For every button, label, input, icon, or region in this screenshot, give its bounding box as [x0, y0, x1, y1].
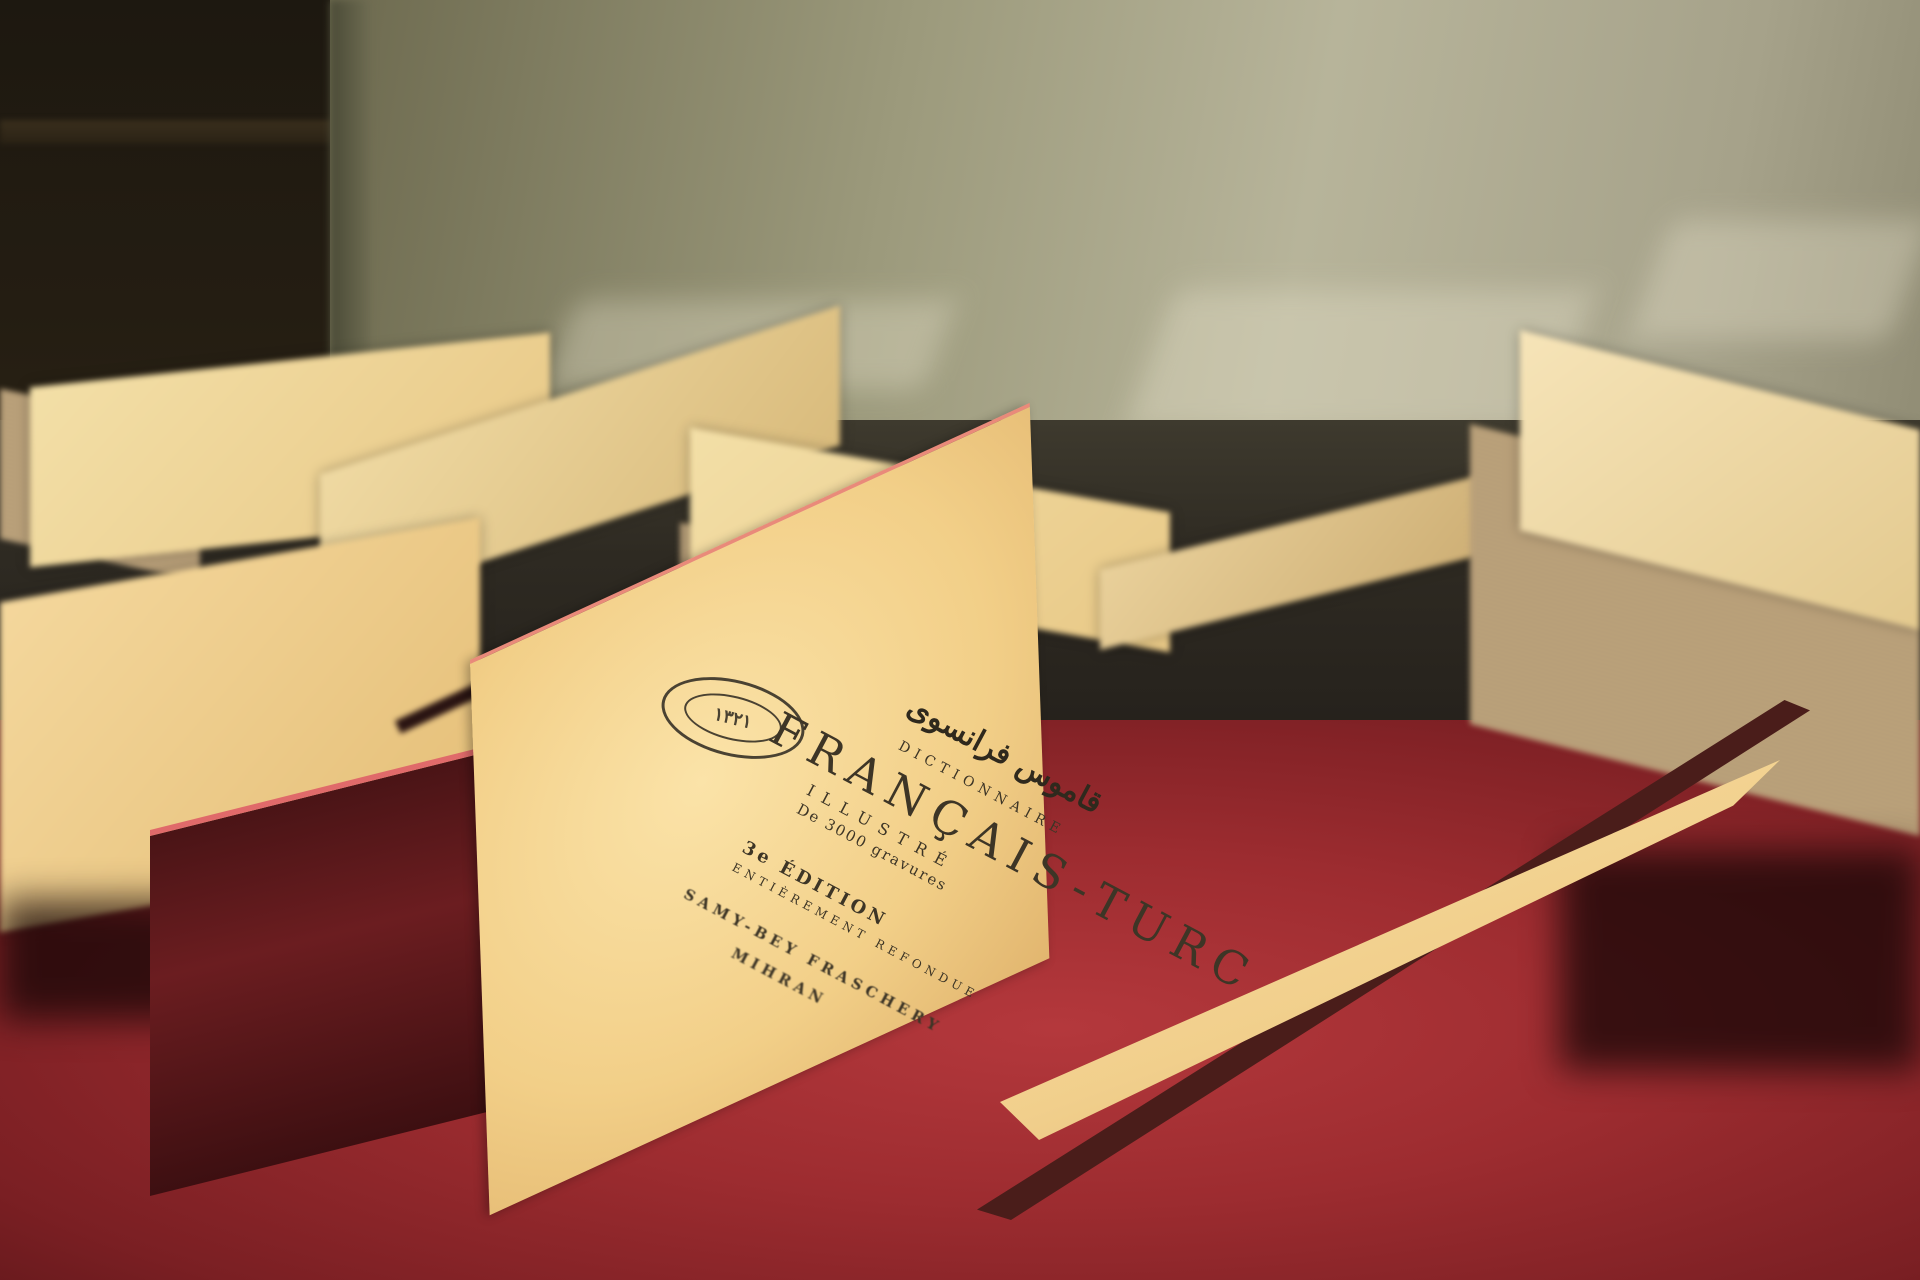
stand-shadow	[1560, 850, 1920, 1070]
blurred-shelf	[0, 120, 340, 144]
glass-reflection	[1628, 220, 1920, 340]
seal-number: ١٣٢١	[712, 703, 755, 733]
museum-display-scene: ١٣٢١ قاموس فرانسوی DICTIONNAIRE FRANÇAIS…	[0, 0, 1920, 1280]
